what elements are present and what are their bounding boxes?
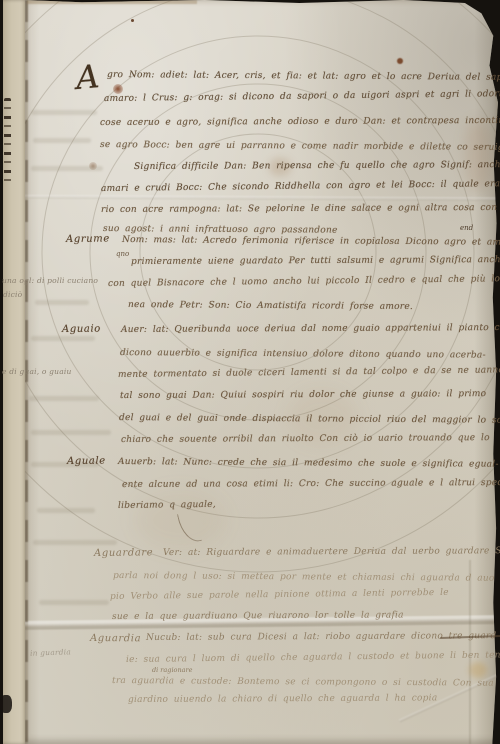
entry-aguardare-line: sue e la que guardiuano Que riuarono lor… [112,610,404,622]
headword-aguaio: Aguaio [62,324,101,335]
margin-note: una ogl: di polli cuciano [2,276,98,285]
entry-aguardia-line: giardino uiuendo la chiaro di quello che… [128,693,437,705]
bleedthrough-line [35,300,89,305]
manuscript-scan: A gro Nom: adiet: lat: Acer, cris, et fi… [0,0,500,744]
spine-writing [4,98,11,188]
entry-aguale-line: ente alcune ad una cosa etimi li: Cro: C… [122,478,500,490]
headword-aguardare: Aguardare [94,547,153,559]
ink-blot [113,84,123,94]
bleedthrough-line [37,508,95,513]
bleedthrough-line [31,336,95,341]
interlinear-note: di ragionare [152,666,192,674]
headword-aguale: Aguale [67,456,106,467]
torn-edge-gap [0,695,12,713]
bleedthrough-line [39,600,109,605]
brown-spot [397,58,403,64]
entry-agro-line: cose aceruo e agro, significa anche odio… [100,116,500,128]
bleedthrough-line [31,166,103,171]
corner-crease [399,661,498,723]
bleedthrough-line [31,110,97,115]
entry-agrume-line: primieramente uiene guardato Per tutti s… [131,255,500,267]
entry-aguale-line: liberiamo q aguale, [118,500,216,511]
entry-aguaio-line: chiaro che souente orribil dan riuolto C… [121,433,490,445]
small-stain [89,162,97,170]
bleedthrough-line [33,540,117,545]
margin-note: e di guai, o guaiu [2,367,72,376]
margin-note: in guardia [30,647,71,657]
entry-aguaio-line: tal sono guai Dan: Quiui sospiri riu dol… [120,389,486,401]
entry-agro-line: Significa difficile Dan: Ben ripensa che… [134,160,500,172]
ink-speck [131,19,134,22]
headword-agrume: Agrume [66,233,110,245]
superscript-annotation: end [460,224,473,232]
entry-aguaio-line: Auer: lat: Queribunda uoce deriua dal no… [121,323,500,335]
horizontal-crease [25,195,498,201]
bleedthrough-line [29,396,99,401]
entry-aguardare-line: Ver: at: Riguardare e animaduertere Deri… [163,546,500,558]
entry-agro-line: rio con acre rampogna: lat: Se pelorine … [101,203,497,215]
entry-agro-line: suo agost: i anni infrattuoso agro passa… [103,224,338,236]
superscript-annotation: qno [116,250,129,258]
bleedthrough-line [31,430,111,435]
top-edge-shadow [27,0,197,4]
yellow-stain [469,662,487,678]
illuminated-initial: A [74,57,100,97]
entry-agrume-line: nea onde Petr: Son: Cio Amatistifa ricor… [128,300,413,312]
headword-aguardia: Aguardia [90,633,141,644]
bleedthrough-line [33,138,91,143]
margin-note: diciò [3,290,22,299]
